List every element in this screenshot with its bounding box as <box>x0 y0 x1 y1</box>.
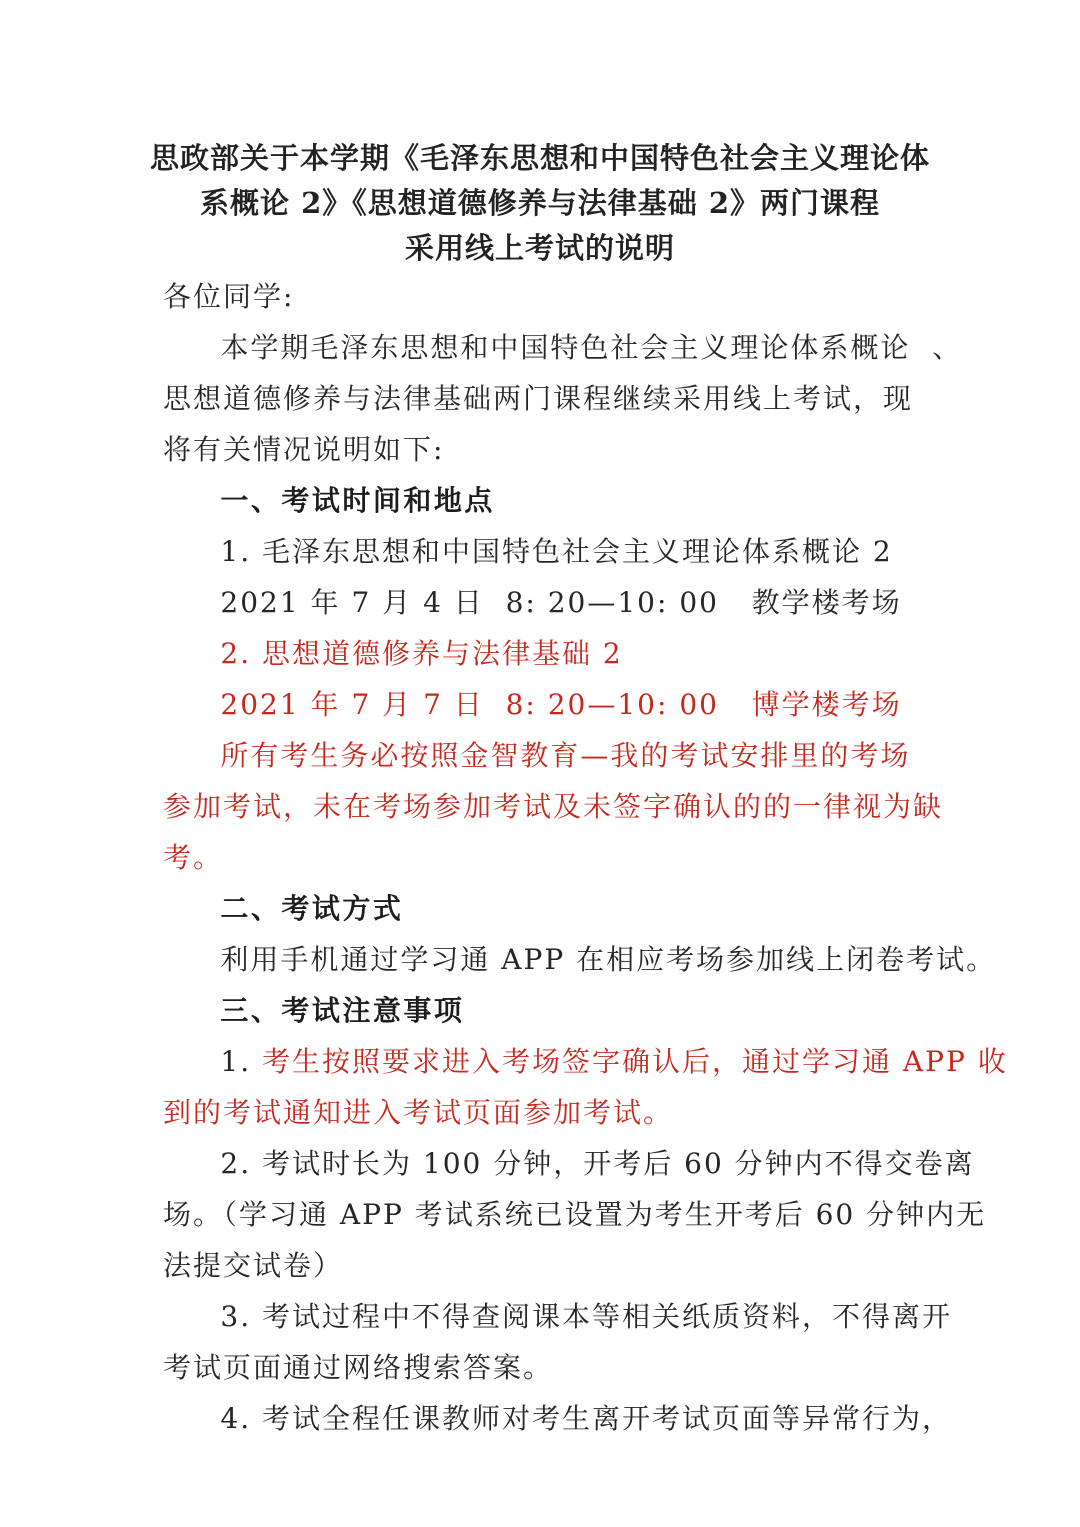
section3-item1-text: 考生按照要求进入考场签字确认后，通过学习通 APP 收 <box>262 1045 1008 1078</box>
section1-heading: 一、考试时间和地点 <box>163 475 960 526</box>
section3-item1-number: 1. <box>220 1045 262 1078</box>
section1-notice-line-2: 参加考试，未在考场参加考试及未签字确认的的一律视为缺 <box>163 781 960 832</box>
intro-line-3: 将有关情况说明如下: <box>163 424 960 475</box>
section1-notice-line-1: 所有考生务必按照金智教育—我的考试安排里的考场 <box>163 730 960 781</box>
title-line-1: 思政部关于本学期《毛泽东思想和中国特色社会主义理论体 <box>0 136 1080 181</box>
section3-item1-line-1: 1. 考生按照要求进入考场签字确认后，通过学习通 APP 收 <box>163 1036 960 1087</box>
document-body: 各位同学: 本学期毛泽东思想和中国特色社会主义理论体系概论 、 思想道德修养与法… <box>0 271 1080 1444</box>
section3-item1-line-2: 到的考试通知进入考试页面参加考试。 <box>163 1087 960 1138</box>
title-line-2: 系概论 2》《思想道德修养与法律基础 2》两门课程 <box>0 181 1080 226</box>
section2-body: 利用手机通过学习通 APP 在相应考场参加线上闭卷考试。 <box>163 934 960 985</box>
title-line-3: 采用线上考试的说明 <box>0 226 1080 271</box>
document-page: 思政部关于本学期《毛泽东思想和中国特色社会主义理论体 系概论 2》《思想道德修养… <box>0 0 1080 1527</box>
section3-heading: 三、考试注意事项 <box>163 985 960 1036</box>
intro-line-2: 思想道德修养与法律基础两门课程继续采用线上考试，现 <box>163 373 960 424</box>
section3-item4-line-1: 4. 考试全程任课教师对考生离开考试页面等异常行为， <box>163 1393 960 1444</box>
section3-item3-line-2: 考试页面通过网络搜索答案。 <box>163 1342 960 1393</box>
intro-line-1: 本学期毛泽东思想和中国特色社会主义理论体系概论 、 <box>163 322 960 373</box>
section2-heading: 二、考试方式 <box>163 883 960 934</box>
salutation: 各位同学: <box>163 271 960 322</box>
document-title: 思政部关于本学期《毛泽东思想和中国特色社会主义理论体 系概论 2》《思想道德修养… <box>0 0 1080 271</box>
section1-item2: 2. 思想道德修养与法律基础 2 <box>163 628 960 679</box>
section3-item2-line-3: 法提交试卷） <box>163 1240 960 1291</box>
section1-item1-time: 2021 年 7 月 4 日 8: 20—10: 00 教学楼考场 <box>163 577 960 628</box>
section1-item2-time: 2021 年 7 月 7 日 8: 20—10: 00 博学楼考场 <box>163 679 960 730</box>
section3-item3-line-1: 3. 考试过程中不得查阅课本等相关纸质资料，不得离开 <box>163 1291 960 1342</box>
section1-item1: 1. 毛泽东思想和中国特色社会主义理论体系概论 2 <box>163 526 960 577</box>
section1-notice-line-3: 考。 <box>163 832 960 883</box>
section3-item2-line-2: 场。（学习通 APP 考试系统已设置为考生开考后 60 分钟内无 <box>163 1189 960 1240</box>
section3-item2-line-1: 2. 考试时长为 100 分钟，开考后 60 分钟内不得交卷离 <box>163 1138 960 1189</box>
